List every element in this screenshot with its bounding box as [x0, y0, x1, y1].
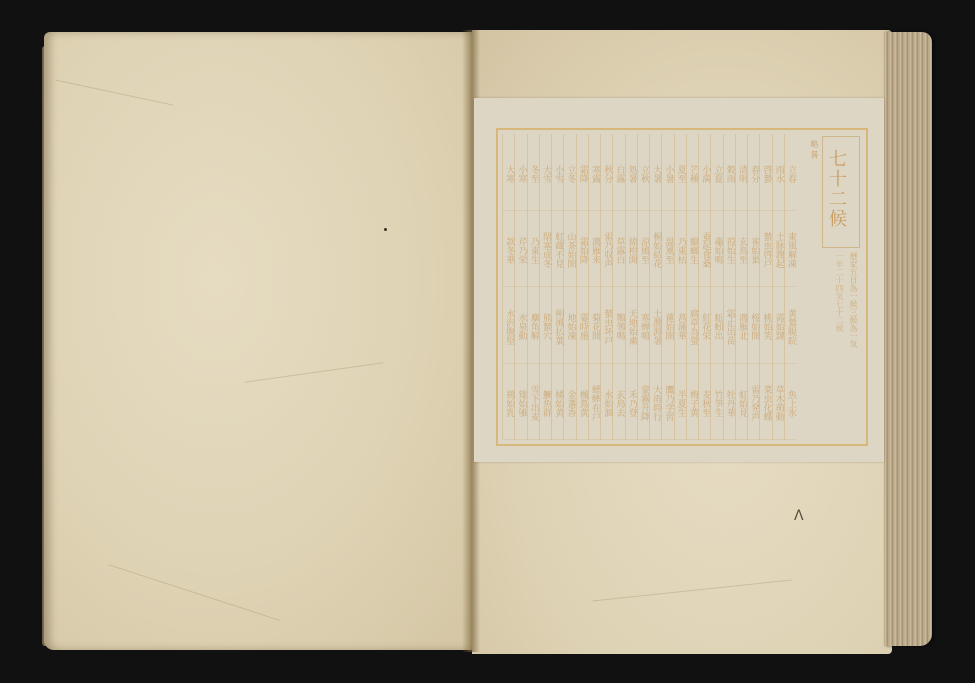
kou-cell: 乃東生 [528, 211, 539, 288]
kou-cell: 雪下出麦 [528, 364, 539, 441]
kou-cell: 禾乃登 [626, 364, 637, 441]
paper-crease [55, 80, 173, 106]
season-cell: 夏至 [675, 134, 686, 211]
kou-cell: 朔風払葉 [552, 287, 563, 364]
left-page [44, 32, 472, 650]
season-cell: 寒露 [589, 134, 600, 211]
kou-cell: 玄鳥至 [736, 211, 747, 288]
season-cell: 冬至 [528, 134, 539, 211]
kou-cell: 鴻雁北 [736, 287, 747, 364]
kou-cell: 雷乃収声 [601, 211, 612, 288]
table-column: 春分雀始巣桜始開雷乃発声 [747, 134, 759, 440]
pasted-table-sheet: 七十二候 略 晷 暦家五日為一候三候為一気 一年二十四気七十二候 立春東風解凍黄… [474, 98, 884, 462]
kou-cell: 東風解凍 [785, 211, 796, 288]
ink-spot [384, 228, 387, 231]
season-cell: 処暑 [626, 134, 637, 211]
kou-cell: 魚上氷 [785, 364, 796, 441]
kou-cell: 蟋蟀在戸 [589, 364, 600, 441]
kou-cell: 菖蒲華 [675, 287, 686, 364]
season-cell: 立秋 [638, 134, 649, 211]
season-cell: 啓蟄 [760, 134, 771, 211]
table-column: 秋分雷乃収声蟄虫坏戸水始涸 [600, 134, 612, 440]
season-cell: 秋分 [601, 134, 612, 211]
kou-cell: 閉塞成冬 [540, 211, 551, 288]
kou-cell: 水沢腹堅 [503, 287, 514, 364]
kou-cell: 霞始靆 [773, 287, 784, 364]
kou-cell: 雉始雊 [515, 364, 526, 441]
season-cell: 小満 [699, 134, 710, 211]
kou-cell: 鴻雁来 [589, 211, 600, 288]
season-cell: 立夏 [711, 134, 722, 211]
kou-cell: 大雨時行 [650, 364, 661, 441]
table-header: 七十二候 略 晷 暦家五日為一候三候為一気 一年二十四気七十二候 [800, 134, 862, 440]
kou-cell: 蟄虫啓戸 [760, 211, 771, 288]
open-book: 七十二候 略 晷 暦家五日為一候三候為一気 一年二十四気七十二候 立春東風解凍黄… [0, 0, 975, 683]
kou-cell: 雷乃発声 [748, 364, 759, 441]
season-cell: 芒種 [687, 134, 698, 211]
kou-cell: 桃始笑 [760, 287, 771, 364]
season-cell: 白露 [613, 134, 624, 211]
kou-cell: 山茶始開 [564, 211, 575, 288]
season-cell: 小雪 [552, 134, 563, 211]
kou-cell: 綿柎開 [626, 211, 637, 288]
table-column: 冬至乃東生麋角解雪下出麦 [527, 134, 539, 440]
season-cell: 清明 [736, 134, 747, 211]
table-column: 穀雨葭始生霜止出苗牡丹華 [723, 134, 735, 440]
season-cell: 春分 [748, 134, 759, 211]
kou-cell: 土脉潤起 [773, 211, 784, 288]
kou-cell: 地始凍 [564, 287, 575, 364]
header-note: 暦家五日為一候三候為一気 [848, 252, 858, 452]
kou-cell: 牡丹華 [724, 364, 735, 441]
kou-cell: 菊花開 [589, 287, 600, 364]
table-column: 啓蟄蟄虫啓戸桃始笑菜虫化蝶 [759, 134, 771, 440]
kou-cell: 土潤溽暑 [650, 287, 661, 364]
table-column: 立春東風解凍黄鶯睍睆魚上氷 [784, 134, 796, 440]
season-cell: 小暑 [662, 134, 673, 211]
kou-cell: 霜始降 [577, 211, 588, 288]
kou-cell: 鶏始乳 [503, 364, 514, 441]
kou-cell: 霎時施 [577, 287, 588, 364]
kou-grid: 立春東風解凍黄鶯睍睆魚上氷 雨水土脉潤起霞始靆草木萌動 啓蟄蟄虫啓戸桃始笑菜虫化… [502, 134, 796, 440]
kou-cell: 菜虫化蝶 [760, 364, 771, 441]
kou-cell: 涼風至 [638, 211, 649, 288]
kou-cell: 水泉動 [515, 287, 526, 364]
kou-cell: 寒蝉鳴 [638, 287, 649, 364]
kou-cell: 温風至 [662, 211, 673, 288]
table-column: 夏至乃東枯菖蒲華半夏生 [674, 134, 686, 440]
kou-cell: 黄鶯睍睆 [785, 287, 796, 364]
table-column: 小暑温風至蓮始開鷹乃学習 [661, 134, 673, 440]
table-column: 小寒芹乃栄水泉動雉始雊 [514, 134, 526, 440]
paper-crease [245, 362, 384, 382]
header-note: 一年二十四気七十二候 [834, 252, 844, 452]
table-column: 大暑桐始結花土潤溽暑大雨時行 [649, 134, 661, 440]
sheet-top-margin [474, 98, 884, 126]
kou-cell: 麋角解 [528, 287, 539, 364]
kou-cell: 鶺鴒鳴 [613, 287, 624, 364]
kou-cell: 竹笋生 [711, 364, 722, 441]
kou-cell: 橘始黄 [552, 364, 563, 441]
kou-cell: 鱖魚群 [540, 364, 551, 441]
season-cell: 大寒 [503, 134, 514, 211]
kou-cell: 麦秋至 [699, 364, 710, 441]
kou-cell: 蓮始開 [662, 287, 673, 364]
page-fore-edge [884, 32, 932, 646]
table-column: 芒種蟷螂生腐草為螢梅子黄 [686, 134, 698, 440]
season-cell: 立春 [785, 134, 796, 211]
kou-cell: 紅花栄 [699, 287, 710, 364]
kou-cell: 蟷螂生 [687, 211, 698, 288]
kou-cell: 熊蟄穴 [540, 287, 551, 364]
kou-cell: 芹乃栄 [515, 211, 526, 288]
table-column: 雨水土脉潤起霞始靆草木萌動 [772, 134, 784, 440]
paper-crease [108, 564, 279, 621]
kou-cell: 草木萌動 [773, 364, 784, 441]
kou-cell: 虹蔵不見 [552, 211, 563, 288]
kou-cell: 梅子黄 [687, 364, 698, 441]
side-mark: 略 晷 [809, 140, 820, 159]
table-column: 立夏鼃始鳴蚯蚓出竹笋生 [710, 134, 722, 440]
kou-cell: 桐始結花 [650, 211, 661, 288]
title-box: 七十二候 [822, 136, 860, 248]
pencil-caret-mark: Λ [794, 508, 804, 524]
kou-cell: 虹始見 [736, 364, 747, 441]
kou-cell: 款冬華 [503, 211, 514, 288]
kou-cell: 金盞香 [564, 364, 575, 441]
season-cell: 大雪 [540, 134, 551, 211]
table-column: 霜降霜始降霎時施楓蔦黄 [576, 134, 588, 440]
table-column: 小雪虹蔵不見朔風払葉橘始黄 [551, 134, 563, 440]
paper-crease [592, 580, 791, 602]
kou-cell: 桜始開 [748, 287, 759, 364]
kou-cell: 鼃始鳴 [711, 211, 722, 288]
kou-cell: 半夏生 [675, 364, 686, 441]
kou-cell: 雀始巣 [748, 211, 759, 288]
table-column: 清明玄鳥至鴻雁北虹始見 [735, 134, 747, 440]
kou-cell: 蚕起食桑 [699, 211, 710, 288]
season-cell: 小寒 [515, 134, 526, 211]
table-title: 七十二候 [823, 149, 849, 229]
table-column: 寒露鴻雁来菊花開蟋蟀在戸 [588, 134, 600, 440]
table-column: 立秋涼風至寒蝉鳴蒙霧升降 [637, 134, 649, 440]
table-column: 立冬山茶始開地始凍金盞香 [563, 134, 575, 440]
season-cell: 立冬 [564, 134, 575, 211]
kou-cell: 蒙霧升降 [638, 364, 649, 441]
kou-cell: 楓蔦黄 [577, 364, 588, 441]
table-column: 処暑綿柎開天地始粛禾乃登 [625, 134, 637, 440]
season-cell: 雨水 [773, 134, 784, 211]
table-column: 大雪閉塞成冬熊蟄穴鱖魚群 [539, 134, 551, 440]
table-column: 小満蚕起食桑紅花栄麦秋至 [698, 134, 710, 440]
kou-cell: 天地始粛 [626, 287, 637, 364]
season-cell: 大暑 [650, 134, 661, 211]
kou-cell: 霜止出苗 [724, 287, 735, 364]
table-column: 大寒款冬華水沢腹堅鶏始乳 [502, 134, 514, 440]
kou-cell: 蚯蚓出 [711, 287, 722, 364]
kou-cell: 蟄虫坏戸 [601, 287, 612, 364]
kou-cell: 乃東枯 [675, 211, 686, 288]
kou-cell: 草露白 [613, 211, 624, 288]
table-column: 白露草露白鶺鴒鳴玄鳥去 [612, 134, 624, 440]
season-cell: 霜降 [577, 134, 588, 211]
kou-cell: 玄鳥去 [613, 364, 624, 441]
kou-cell: 水始涸 [601, 364, 612, 441]
kou-cell: 鷹乃学習 [662, 364, 673, 441]
season-cell: 穀雨 [724, 134, 735, 211]
kou-cell: 葭始生 [724, 211, 735, 288]
table-frame: 七十二候 略 晷 暦家五日為一候三候為一気 一年二十四気七十二候 立春東風解凍黄… [496, 128, 868, 446]
kou-cell: 腐草為螢 [687, 287, 698, 364]
